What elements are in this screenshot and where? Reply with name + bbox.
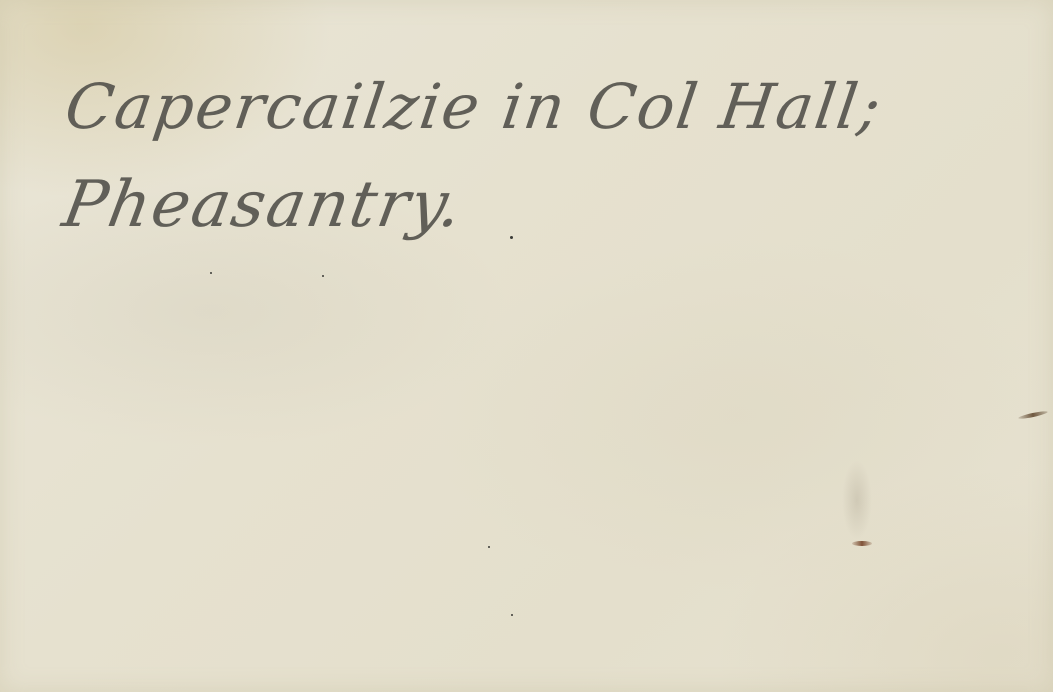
handwritten-line-2: Pheasantry. (57, 168, 469, 242)
smudge-mark (842, 460, 872, 540)
speck (510, 236, 513, 239)
speck (488, 546, 490, 548)
handwritten-line-1: Capercailzie in Col Hall; (61, 70, 887, 143)
speck (210, 272, 212, 274)
speck (322, 275, 324, 277)
card-back: Capercailzie in Col Hall; Pheasantry. (0, 0, 1053, 692)
stain-mark-bottom (852, 541, 872, 546)
stain-mark-right (1018, 410, 1048, 420)
speck (511, 614, 513, 616)
